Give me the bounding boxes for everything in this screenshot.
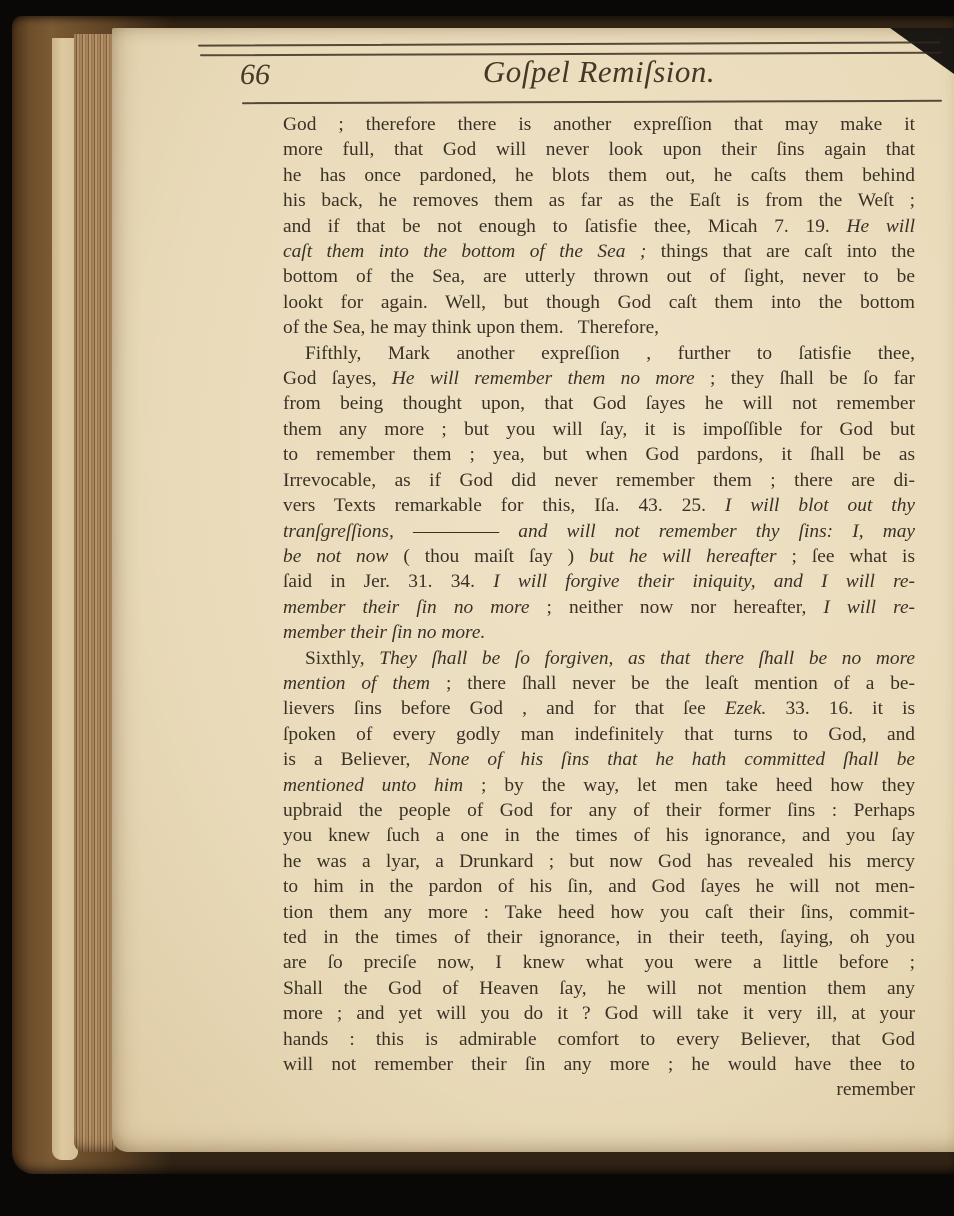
roman-text: 33. 16. it is	[766, 698, 915, 719]
roman-text: ſpoken of every godly man indefinitely t…	[283, 724, 915, 745]
roman-text: more ; and yet will you do it ? God will…	[283, 1003, 915, 1024]
roman-text: God ; therefore there is another expreſſ…	[283, 114, 915, 135]
italic-text: tranſgreſſions, ————— and will not remem…	[283, 521, 915, 542]
text-line: mention of them ; there ſhall never be t…	[283, 671, 915, 696]
text-line: Sixthly, They ſhall be ſo forgiven, as t…	[283, 646, 915, 671]
roman-text: hands : this is admirable comfort to eve…	[283, 1029, 915, 1050]
text-line: of the Sea, he may think upon them. Ther…	[283, 315, 915, 340]
page-number: 66	[240, 58, 270, 92]
italic-text: He will remember them no more	[392, 368, 695, 389]
text-block: God ; therefore there is another expreſſ…	[283, 112, 915, 1103]
header-rule	[242, 100, 942, 104]
roman-text: ; neither now nor hereafter,	[529, 597, 823, 618]
italic-text: I will blot out thy	[725, 495, 915, 516]
roman-text: ted in the times of their ignorance, in …	[283, 927, 915, 948]
roman-text: ; there ſhall never be the leaſt mention…	[430, 673, 915, 694]
text-line: caſt them into the bottom of the Sea ; t…	[283, 239, 915, 264]
roman-text: bottom of the Sea, are utterly thrown ou…	[283, 266, 915, 287]
text-line: more full, that God will never look upon…	[283, 137, 915, 162]
italic-text: I will forgive their iniquity, and I wil…	[493, 571, 915, 592]
text-line: from being thought upon, that God ſayes …	[283, 391, 915, 416]
text-line: to remember them ; yea, but when God par…	[283, 442, 915, 467]
book-page: 66 Goſpel Remiſsion. God ; therefore the…	[112, 28, 954, 1152]
italic-text: member their ſin no more	[283, 597, 529, 618]
book-photo: 66 Goſpel Remiſsion. God ; therefore the…	[0, 0, 954, 1216]
roman-text: Sixthly,	[305, 648, 379, 669]
text-line: you knew ſuch a one in the times of his …	[283, 823, 915, 848]
text-line: to him in the pardon of his ſin, and God…	[283, 874, 915, 899]
italic-text: mention of them	[283, 673, 430, 694]
text-line: his back, he removes them as far as the …	[283, 188, 915, 213]
roman-text: will not remember their ſin any more ; h…	[283, 1054, 915, 1075]
text-line: member their ſin no more ; neither now n…	[283, 595, 915, 620]
roman-text: vers Texts remarkable for this, Iſa. 43.…	[283, 495, 725, 516]
text-line: and if that be not enough to ſatisfie th…	[283, 214, 915, 239]
italic-text: They ſhall be ſo forgiven, as that there…	[379, 648, 915, 669]
roman-text: his back, he removes them as far as the …	[283, 190, 915, 211]
roman-text: is a Believer,	[283, 749, 428, 770]
roman-text: them any more ; but you will ſay, it is …	[283, 419, 915, 440]
roman-text: of the Sea, he may think upon them. Ther…	[283, 317, 659, 338]
text-line: ted in the times of their ignorance, in …	[283, 925, 915, 950]
roman-text: ſaid in Jer. 31. 34.	[283, 571, 493, 592]
roman-text: Fifthly, Mark another expreſſion , furth…	[305, 343, 915, 364]
text-line: vers Texts remarkable for this, Iſa. 43.…	[283, 493, 915, 518]
text-line: is a Believer, None of his ſins that he …	[283, 747, 915, 772]
italic-text: He will	[847, 216, 915, 237]
roman-text: ( thou maiſt ſay )	[403, 546, 589, 567]
text-line: will not remember their ſin any more ; h…	[283, 1052, 915, 1077]
text-line: are ſo preciſe now, I knew what you were…	[283, 950, 915, 975]
roman-text: are ſo preciſe now, I knew what you were…	[283, 952, 915, 973]
roman-text: remember	[836, 1079, 915, 1100]
italic-text: Ezek.	[725, 698, 766, 719]
roman-text: ; by the way, let men take heed how they	[463, 775, 915, 796]
italic-text: mentioned unto him	[283, 775, 463, 796]
roman-text: lookt for again. Well, but though God ca…	[283, 292, 915, 313]
roman-text: you knew ſuch a one in the times of his …	[283, 825, 915, 846]
text-line: upbraid the people of God for any of the…	[283, 798, 915, 823]
roman-text: Shall the God of Heaven ſay, he will not…	[283, 978, 915, 999]
text-line: ſpoken of every godly man indefinitely t…	[283, 722, 915, 747]
roman-text: he has once pardoned, he blots them out,…	[283, 165, 915, 186]
italic-text: I will re-	[823, 597, 915, 618]
text-line: he has once pardoned, he blots them out,…	[283, 163, 915, 188]
top-rule-outer	[198, 41, 940, 46]
text-line: more ; and yet will you do it ? God will…	[283, 1001, 915, 1026]
text-line: lievers ſins before God , and for that ſ…	[283, 696, 915, 721]
text-line: Fifthly, Mark another expreſſion , furth…	[283, 341, 915, 366]
text-line: them any more ; but you will ſay, it is …	[283, 417, 915, 442]
text-line: he was a lyar, a Drunkard ; but now God …	[283, 849, 915, 874]
roman-text: Irrevocable, as if God did never remembe…	[283, 470, 915, 491]
roman-text: ; ſee what is	[777, 546, 915, 567]
text-line: hands : this is admirable comfort to eve…	[283, 1027, 915, 1052]
text-line: God ; therefore there is another expreſſ…	[283, 112, 915, 137]
roman-text: to him in the pardon of his ſin, and God…	[283, 876, 915, 897]
roman-text: lievers ſins before God , and for that ſ…	[283, 698, 725, 719]
running-title: Goſpel Remiſsion.	[283, 54, 915, 90]
roman-text: and if that be not enough to ſatisfie th…	[283, 216, 847, 237]
italic-text: but he will hereafter	[589, 546, 776, 567]
text-line: member their ſin no more.	[283, 620, 915, 645]
italic-text: member their ſin no more.	[283, 622, 485, 643]
roman-text: tion them any more : Take heed how you c…	[283, 902, 915, 923]
text-line: God ſayes, He will remember them no more…	[283, 366, 915, 391]
page-edges	[74, 34, 116, 1152]
italic-text: be not now	[283, 546, 403, 567]
roman-text: things that are caſt into the	[646, 241, 915, 262]
text-line: lookt for again. Well, but though God ca…	[283, 290, 915, 315]
roman-text: God ſayes,	[283, 368, 392, 389]
text-line: Shall the God of Heaven ſay, he will not…	[283, 976, 915, 1001]
italic-text: caſt them into the bottom of the Sea ;	[283, 241, 646, 262]
text-line: Irrevocable, as if God did never remembe…	[283, 468, 915, 493]
text-line: bottom of the Sea, are utterly thrown ou…	[283, 264, 915, 289]
text-line: ſaid in Jer. 31. 34. I will forgive thei…	[283, 569, 915, 594]
text-line: tion them any more : Take heed how you c…	[283, 900, 915, 925]
text-line: tranſgreſſions, ————— and will not remem…	[283, 519, 915, 544]
roman-text: upbraid the people of God for any of the…	[283, 800, 915, 821]
roman-text: from being thought upon, that God ſayes …	[283, 393, 915, 414]
text-line: mentioned unto him ; by the way, let men…	[283, 773, 915, 798]
catchword: remember	[283, 1077, 915, 1102]
text-line: be not now ( thou maiſt ſay ) but he wil…	[283, 544, 915, 569]
roman-text: more full, that God will never look upon…	[283, 139, 915, 160]
italic-text: None of his ſins that he hath committed …	[428, 749, 915, 770]
roman-text: to remember them ; yea, but when God par…	[283, 444, 915, 465]
roman-text: he was a lyar, a Drunkard ; but now God …	[283, 851, 915, 872]
roman-text: ; they ſhall be ſo far	[695, 368, 915, 389]
